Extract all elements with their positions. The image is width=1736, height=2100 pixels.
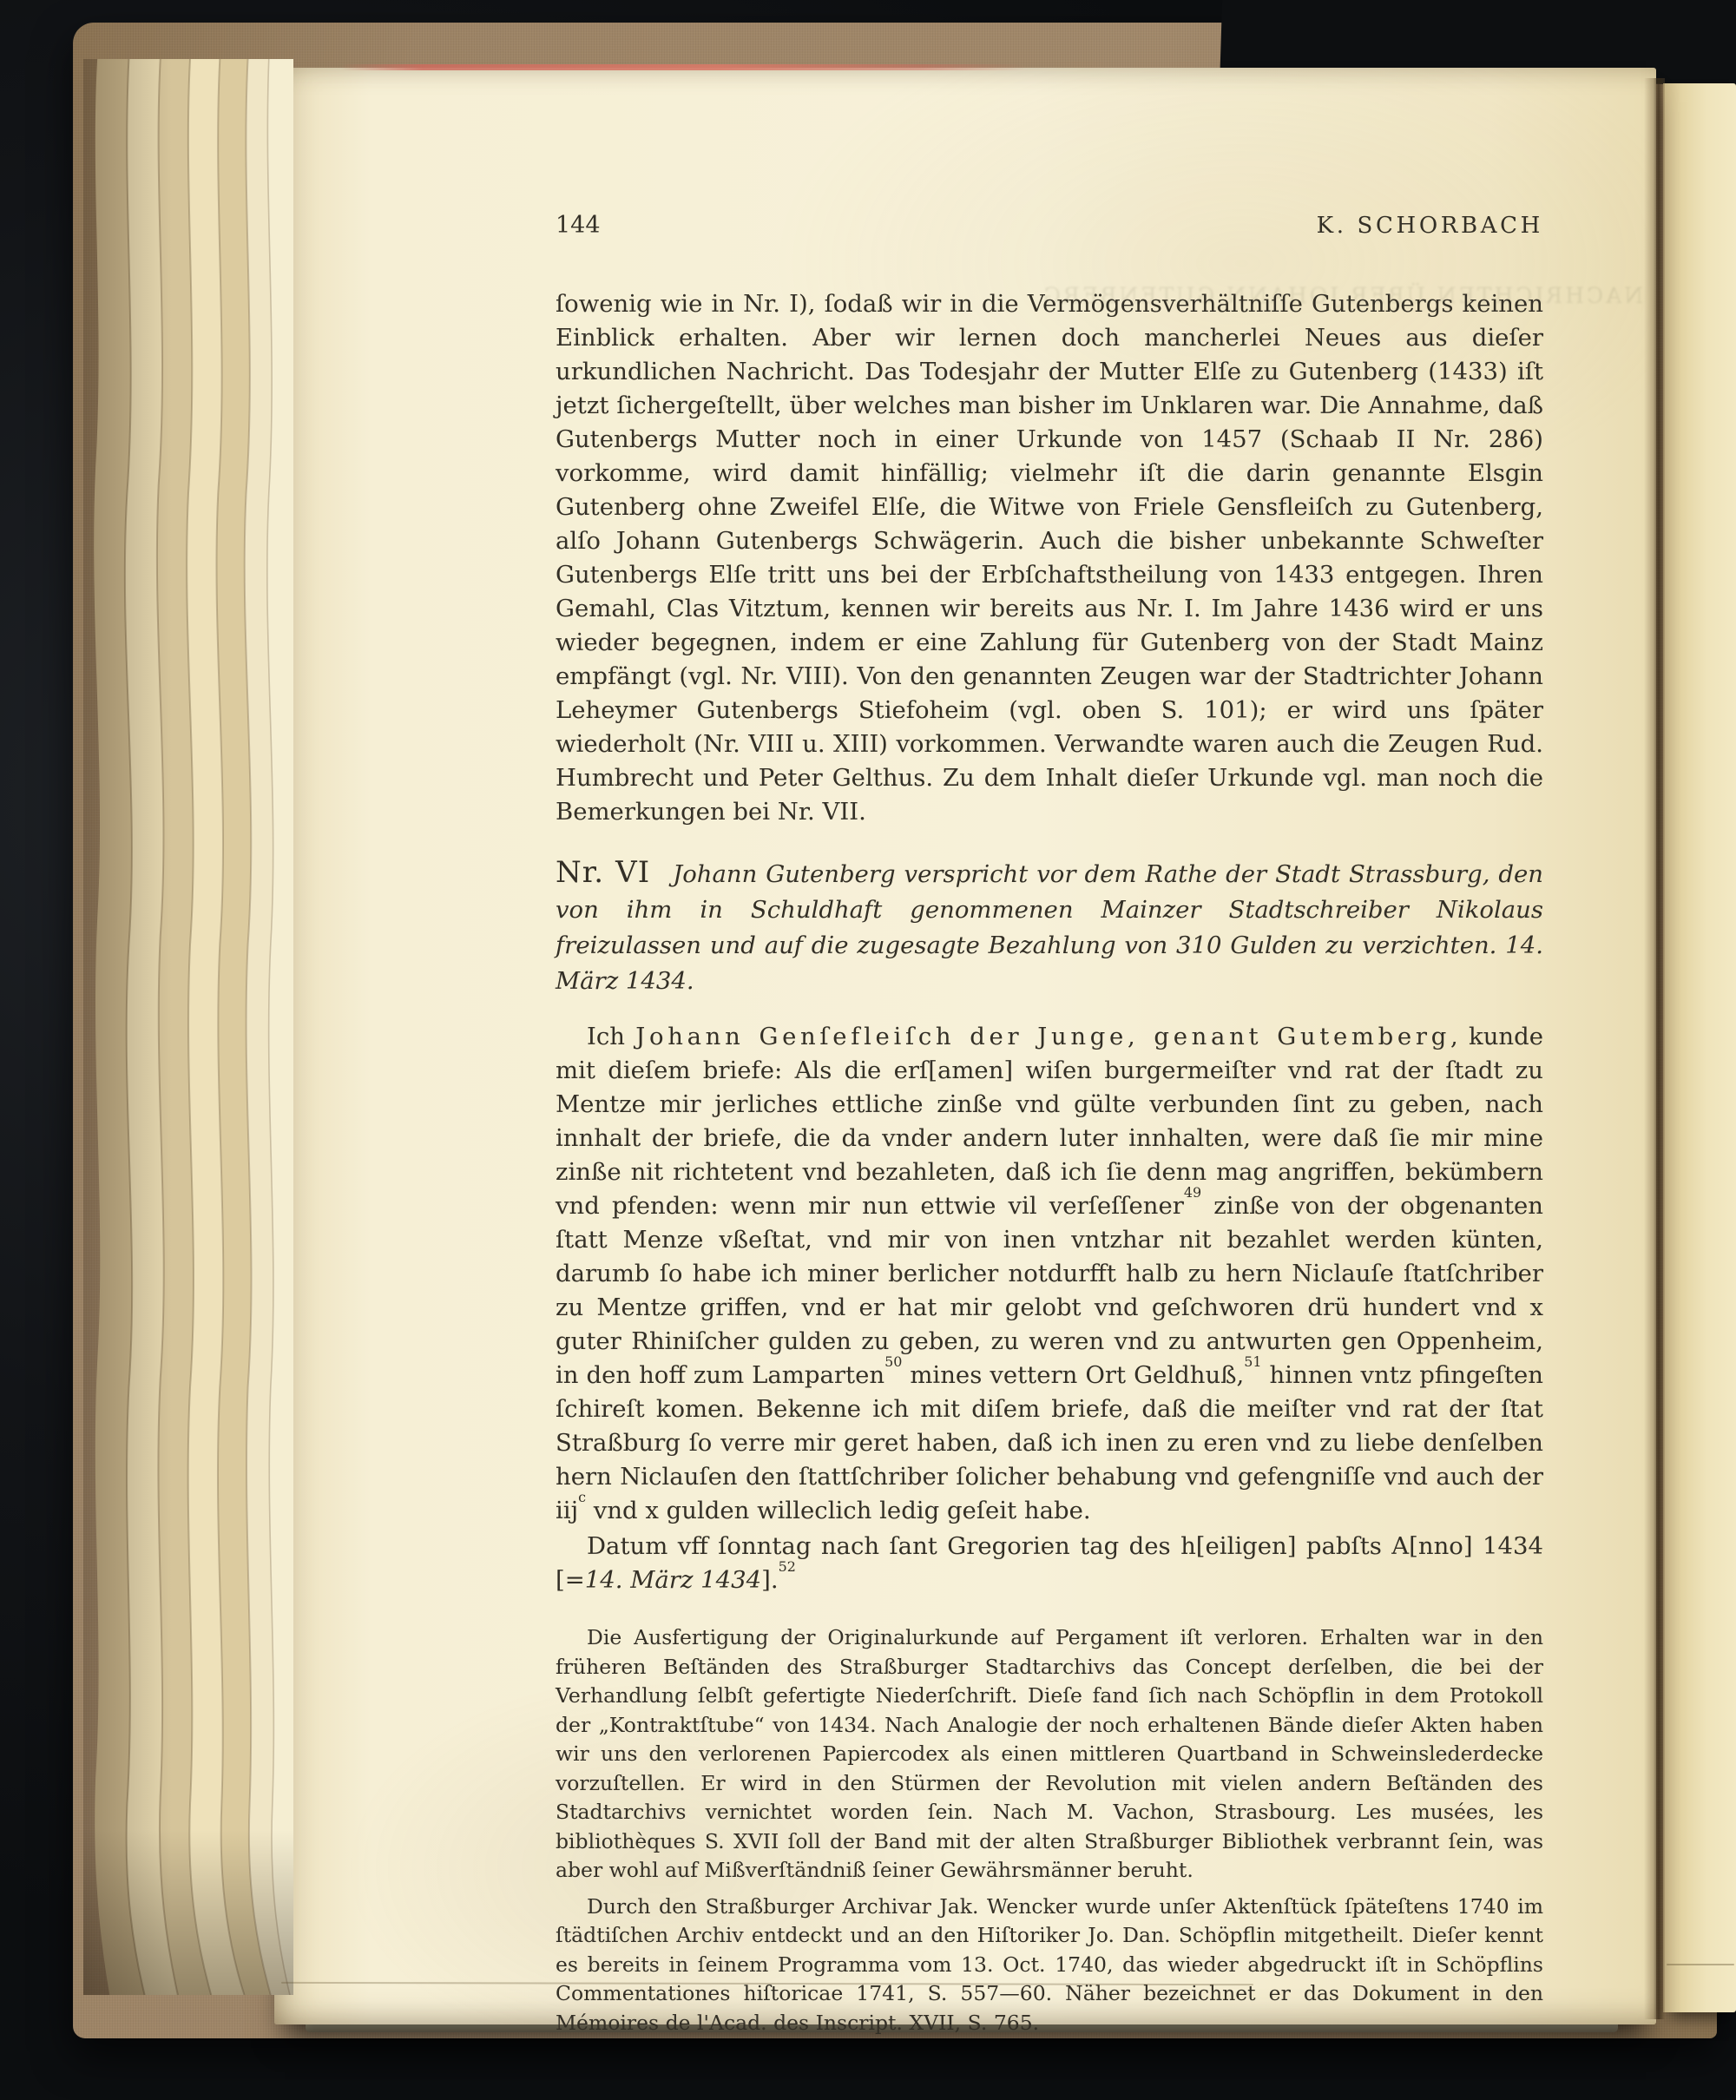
transcription-paragraph: Ich Johann Genſefleiſch der Junge, genan…	[556, 1020, 1543, 1528]
entry-heading-nr-vi: Nr. VI Johann Gutenberg verspricht vor d…	[556, 855, 1543, 999]
gutter-shadow	[1644, 78, 1665, 2019]
deckle-page-edges	[83, 59, 293, 1995]
page-number: 144	[556, 212, 601, 239]
continuation-paragraph: ſowenig wie in Nr. I), ſodaß wir in die …	[556, 287, 1543, 829]
apparatus-paragraph-2: Durch den Straßburger Archivar Jak. Wenc…	[556, 1893, 1543, 2038]
page-edge-layers	[83, 59, 293, 1995]
facing-page-crease	[1667, 1964, 1734, 1965]
page-top-red-edge	[340, 64, 1026, 70]
apparatus-paragraph-1: Die Ausfertigung der Originalurkunde auf…	[556, 1623, 1543, 1886]
page-content: 144 K. SCHORBACH ſowenig wie in Nr. I), …	[556, 212, 1543, 2037]
page-header: 144 K. SCHORBACH	[556, 212, 1543, 239]
book-page: NACHRICHTEN ÜBER JOHANN GUTENBERG 144 K.…	[274, 68, 1656, 2024]
datum-paragraph: Datum vff ſonntag nach ſant Gregorien ta…	[556, 1530, 1543, 1597]
facing-page-edge	[1663, 83, 1736, 2012]
photo-background: { "colors": { "background": "#121417", "…	[0, 0, 1736, 2100]
running-head: K. SCHORBACH	[1317, 213, 1543, 239]
